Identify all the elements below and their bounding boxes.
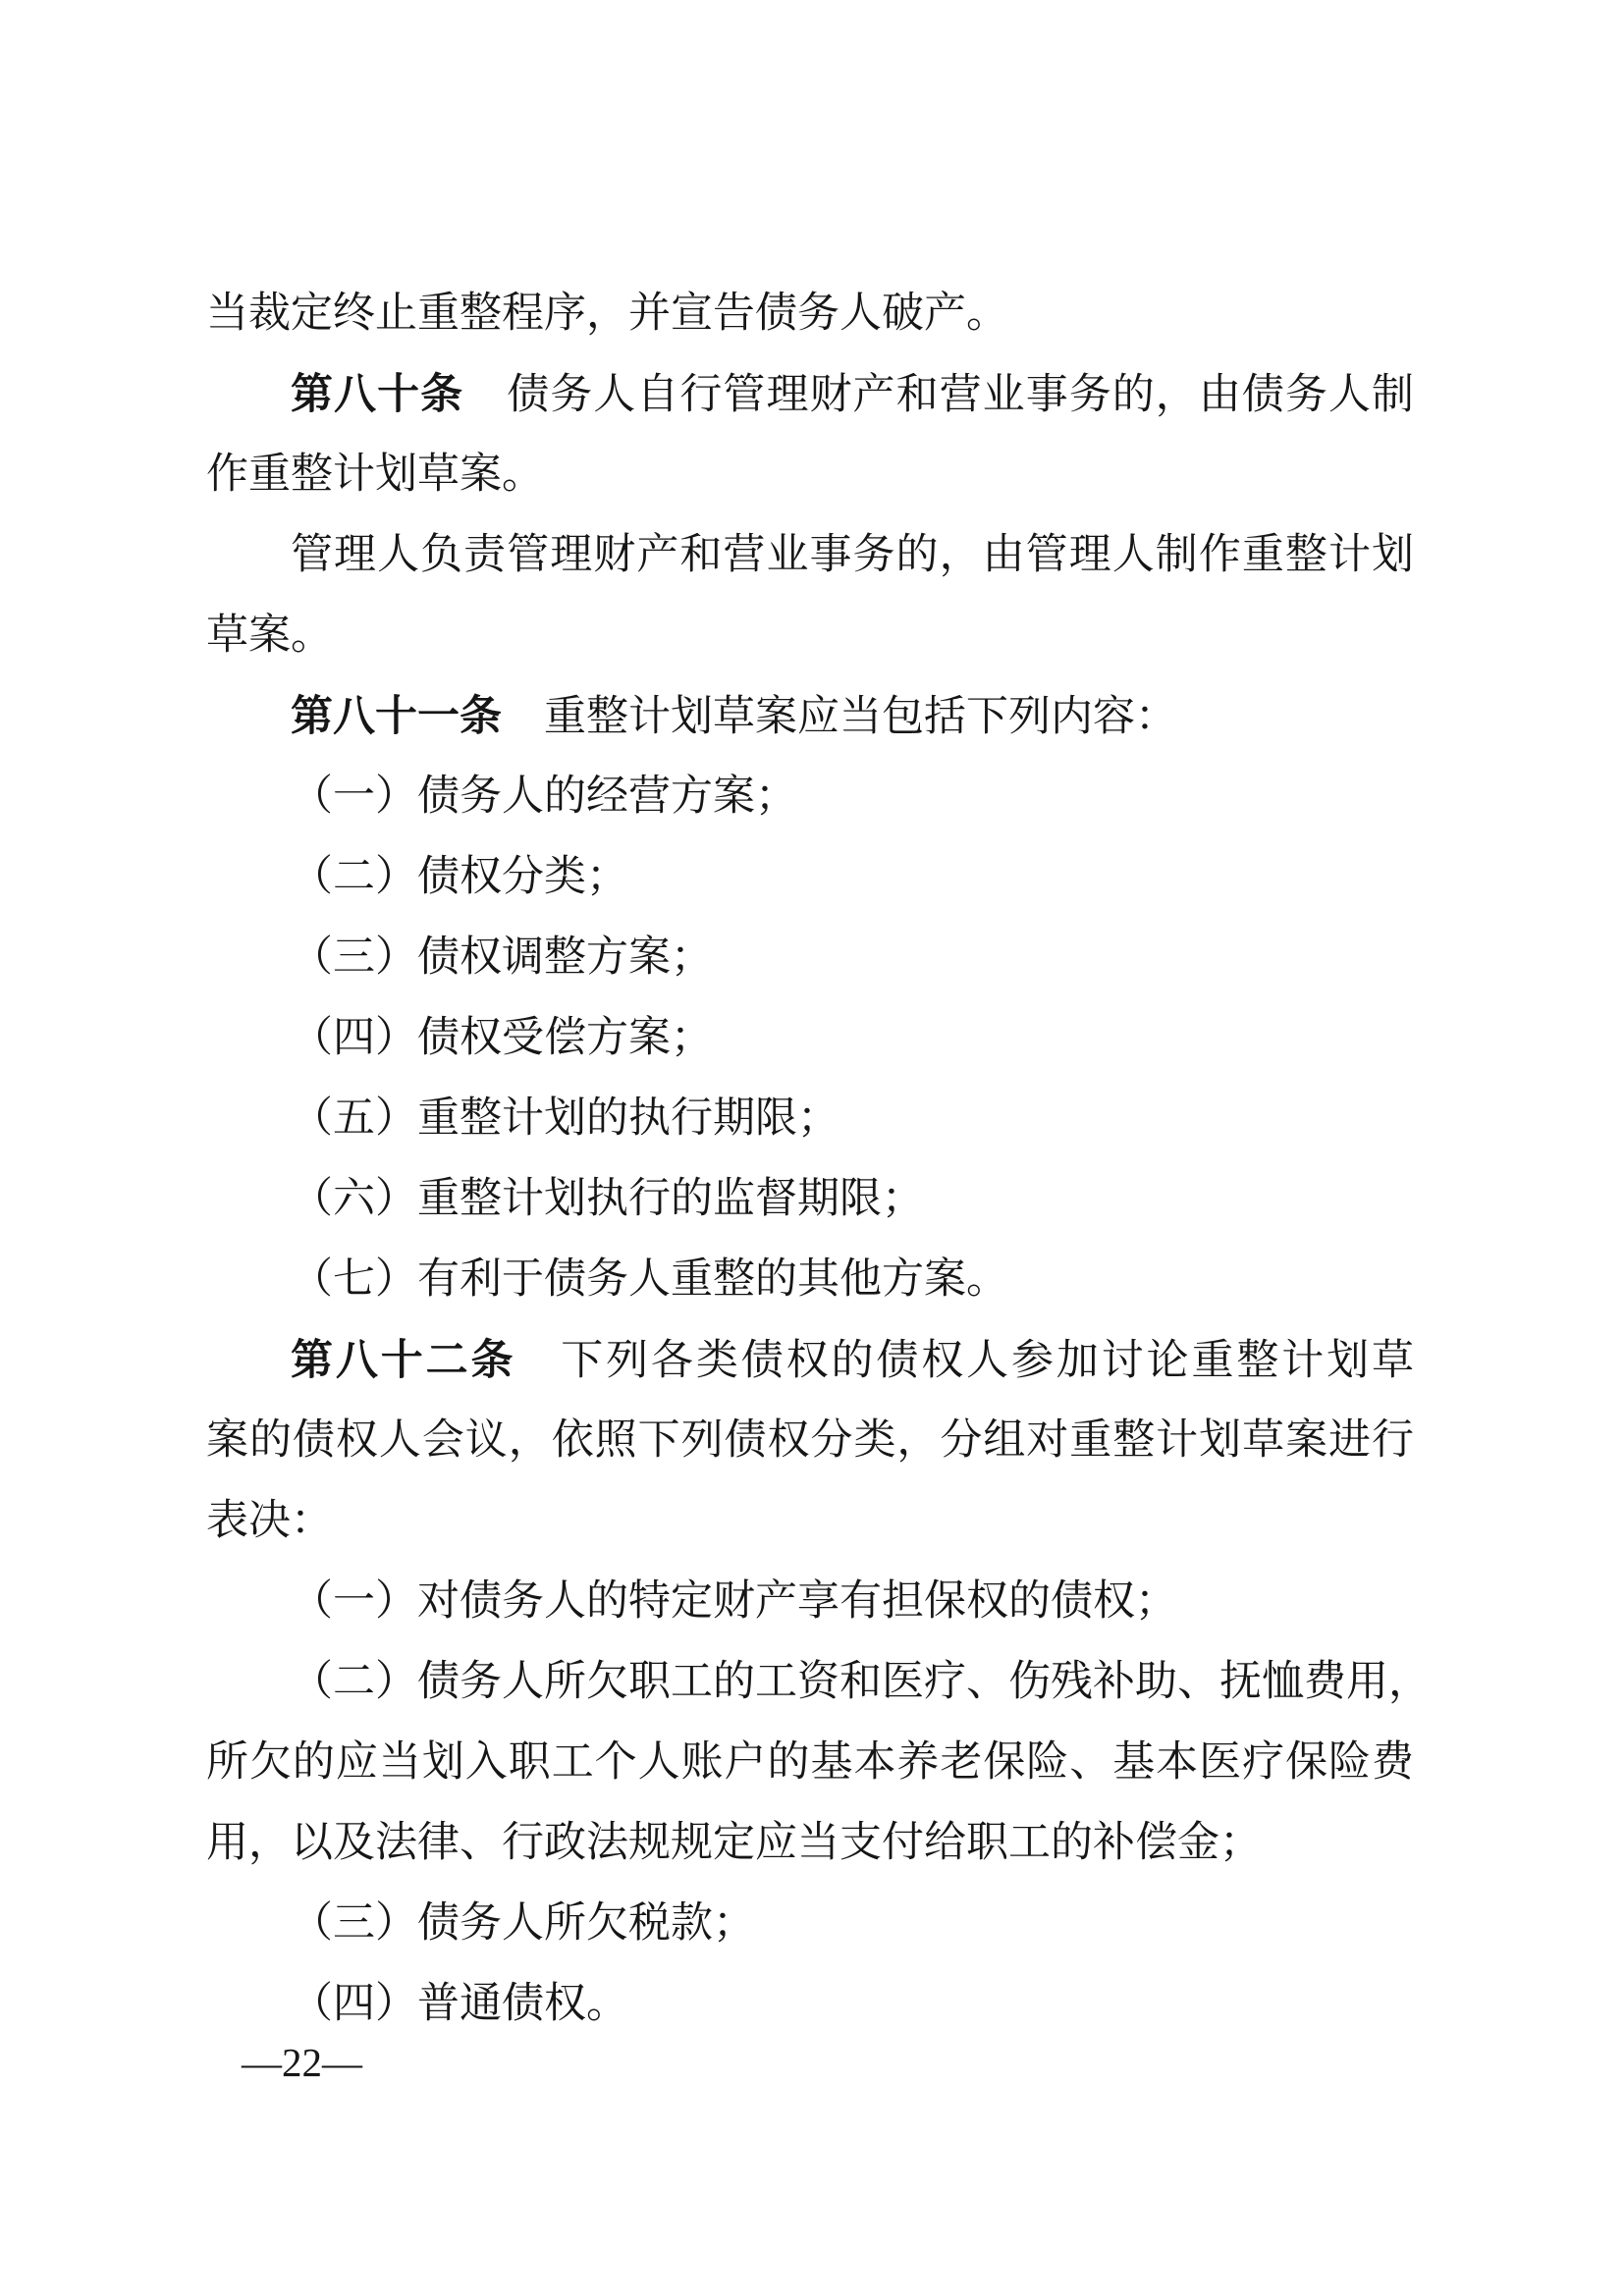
text-line: （三）债务人所欠税款；	[206, 1884, 1414, 1964]
text-line: （五）重整计划的执行期限；	[206, 1079, 1414, 1159]
text-segment: 案的债权人会议，依照下列债权分类，分组对重整计划草案进行	[206, 1417, 1414, 1464]
text-segment: 当裁定终止重整程序，并宣告债务人破产。	[206, 291, 1008, 337]
text-line: （二）债务人所欠职工的工资和医疗、伤残补助、抚恤费用，	[206, 1642, 1414, 1723]
page: { "document": { "lines": [ { "indent": f…	[0, 0, 1624, 2296]
text-segment: 用，以及法律、行政法规规定应当支付给职工的补偿金；	[206, 1820, 1262, 1866]
text-segment: （二）债务人所欠职工的工资和医疗、伤残补助、抚恤费用，	[291, 1659, 1431, 1705]
text-segment: （四）债权受偿方案；	[291, 1015, 713, 1061]
text-line: 管理人负责管理财产和营业事务的，由管理人制作重整计划	[206, 515, 1414, 596]
page-number: —22—	[242, 2040, 362, 2085]
text-line: （四）债权受偿方案；	[206, 998, 1414, 1079]
text-segment: 管理人负责管理财产和营业事务的，由管理人制作重整计划	[291, 532, 1414, 578]
text-line: 表决：	[206, 1481, 1414, 1562]
text-segment: 重整计划草案应当包括下列内容：	[502, 694, 1177, 740]
document-page: 当裁定终止重整程序，并宣告债务人破产。第八十条 债务人自行管理财产和营业事务的，…	[0, 0, 1624, 2296]
text-line: 第八十条 债务人自行管理财产和营业事务的，由债务人制	[206, 354, 1414, 435]
article-number: 第八十条	[291, 371, 463, 418]
text-line: 第八十一条 重整计划草案应当包括下列内容：	[206, 676, 1414, 757]
text-segment: 作重整计划草案。	[206, 452, 544, 498]
text-segment: （六）重整计划执行的监督期限；	[291, 1176, 924, 1222]
text-segment: 债务人自行管理财产和营业事务的，由债务人制	[463, 372, 1414, 418]
text-line: （一）债务人的经营方案；	[206, 757, 1414, 837]
text-line: （二）债权分类；	[206, 837, 1414, 918]
text-segment: （一）债务人的经营方案；	[291, 774, 797, 820]
text-line: （六）重整计划执行的监督期限；	[206, 1159, 1414, 1240]
text-content: 当裁定终止重整程序，并宣告债务人破产。第八十条 债务人自行管理财产和营业事务的，…	[206, 274, 1414, 2045]
text-segment: 所欠的应当划入职工个人账户的基本养老保险、基本医疗保险费	[206, 1739, 1414, 1786]
text-line: 草案。	[206, 596, 1414, 676]
text-segment: （三）债务人所欠税款；	[291, 1900, 755, 1947]
text-segment: 草案。	[206, 613, 333, 659]
text-line: （一）对债务人的特定财产享有担保权的债权；	[206, 1562, 1414, 1642]
text-segment: 表决：	[206, 1498, 333, 1544]
article-number: 第八十一条	[291, 693, 502, 740]
text-line: （三）债权调整方案；	[206, 918, 1414, 998]
text-line: （四）普通债权。	[206, 1964, 1414, 2045]
text-segment: （一）对债务人的特定财产享有担保权的债权；	[291, 1578, 1177, 1625]
text-line: 作重整计划草案。	[206, 435, 1414, 515]
text-segment: 下列各类债权的债权人参加讨论重整计划草	[515, 1338, 1414, 1384]
article-number: 第八十二条	[291, 1337, 515, 1384]
text-segment: （七）有利于债务人重整的其他方案。	[291, 1256, 1008, 1303]
text-line: 用，以及法律、行政法规规定应当支付给职工的补偿金；	[206, 1803, 1414, 1884]
text-line: 第八十二条 下列各类债权的债权人参加讨论重整计划草	[206, 1320, 1414, 1401]
text-segment: （五）重整计划的执行期限；	[291, 1095, 839, 1142]
text-line: （七）有利于债务人重整的其他方案。	[206, 1240, 1414, 1320]
text-line: 当裁定终止重整程序，并宣告债务人破产。	[206, 274, 1414, 354]
text-segment: （四）普通债权。	[291, 1981, 628, 2027]
text-segment: （三）债权调整方案；	[291, 934, 713, 981]
text-line: 所欠的应当划入职工个人账户的基本养老保险、基本医疗保险费	[206, 1723, 1414, 1803]
text-line: 案的债权人会议，依照下列债权分类，分组对重整计划草案进行	[206, 1401, 1414, 1481]
text-segment: （二）债权分类；	[291, 854, 628, 900]
